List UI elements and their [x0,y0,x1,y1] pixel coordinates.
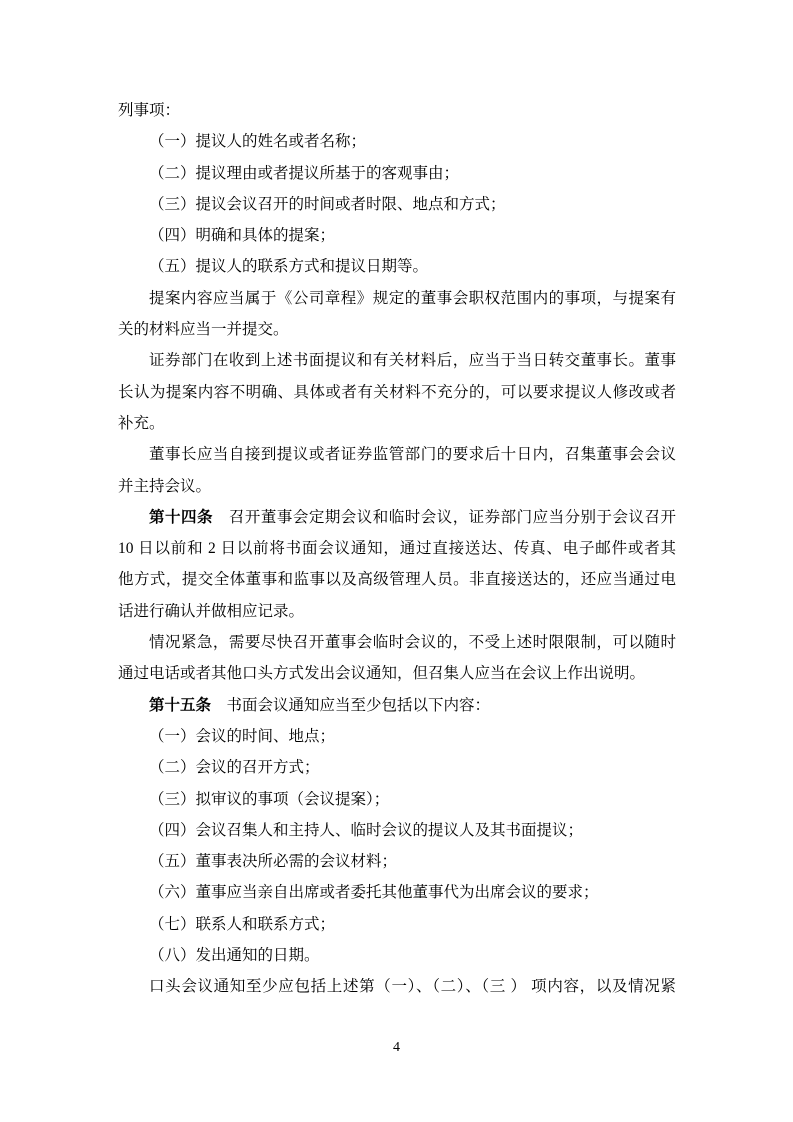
text-line: （四）会议召集人和主持人、临时会议的提议人及其书面提议； [118,815,676,846]
text-line: （五）提议人的联系方式和提议日期等。 [118,251,676,282]
text-line: 并主持会议。 [118,471,676,502]
article-number: 第十四条 [149,509,213,526]
text-line: （一）提议人的姓名或者名称； [118,126,676,157]
text-line: 口头会议通知至少应包括上述第（一）、（二）、（三 ） 项内容，以及情况紧 [118,971,676,1002]
text-line: 董事长应当自接到提议或者证券监管部门的要求后十日内，召集董事会会议 [118,439,676,470]
text-line: 他方式，提交全体董事和监事以及高级管理人员。非直接送达的，还应当通过电 [118,564,676,595]
text-line: （三）拟审议的事项（会议提案）； [118,784,676,815]
text-line: 情况紧急，需要尽快召开董事会临时会议的，不受上述时限限制，可以随时 [118,627,676,658]
text-line: （八）发出通知的日期。 [118,940,676,971]
text-line: 10 日以前和 2 日以前将书面会议通知，通过直接送达、传真、电子邮件或者其 [118,533,676,564]
text-line: （四）明确和具体的提案； [118,220,676,251]
text-line: （二）提议理由或者提议所基于的客观事由； [118,158,676,189]
text-line: 列事项： [118,95,676,126]
text-line: 关的材料应当一并提交。 [118,314,676,345]
text-line: 提案内容应当属于《公司章程》规定的董事会职权范围内的事项，与提案有 [118,283,676,314]
text-line: （二）会议的召开方式； [118,752,676,783]
text-line: 话进行确认并做相应记录。 [118,596,676,627]
text-line: 通过电话或者其他口头方式发出会议通知，但召集人应当在会议上作出说明。 [118,658,676,689]
text-line: 补充。 [118,408,676,439]
page-number: 4 [0,1039,793,1057]
text-line: （七）联系人和联系方式； [118,909,676,940]
document-body: 列事项：（一）提议人的姓名或者名称；（二）提议理由或者提议所基于的客观事由；（三… [118,95,676,1003]
article-number: 第十五条 [149,697,211,714]
text-line: （六）董事应当亲自出席或者委托其他董事代为出席会议的要求； [118,877,676,908]
document-page: 列事项：（一）提议人的姓名或者名称；（二）提议理由或者提议所基于的客观事由；（三… [0,0,793,1122]
text-line: （五）董事表决所必需的会议材料； [118,846,676,877]
text-line: 第十五条 书面会议通知应当至少包括以下内容： [118,690,676,721]
text-line: 长认为提案内容不明确、具体或者有关材料不充分的，可以要求提议人修改或者 [118,377,676,408]
text-line: （一）会议的时间、地点； [118,721,676,752]
text-line: 证券部门在收到上述书面提议和有关材料后，应当于当日转交董事长。董事 [118,345,676,376]
text-line: （三）提议会议召开的时间或者时限、地点和方式； [118,189,676,220]
text-line: 第十四条 召开董事会定期会议和临时会议，证券部门应当分别于会议召开 [118,502,676,533]
